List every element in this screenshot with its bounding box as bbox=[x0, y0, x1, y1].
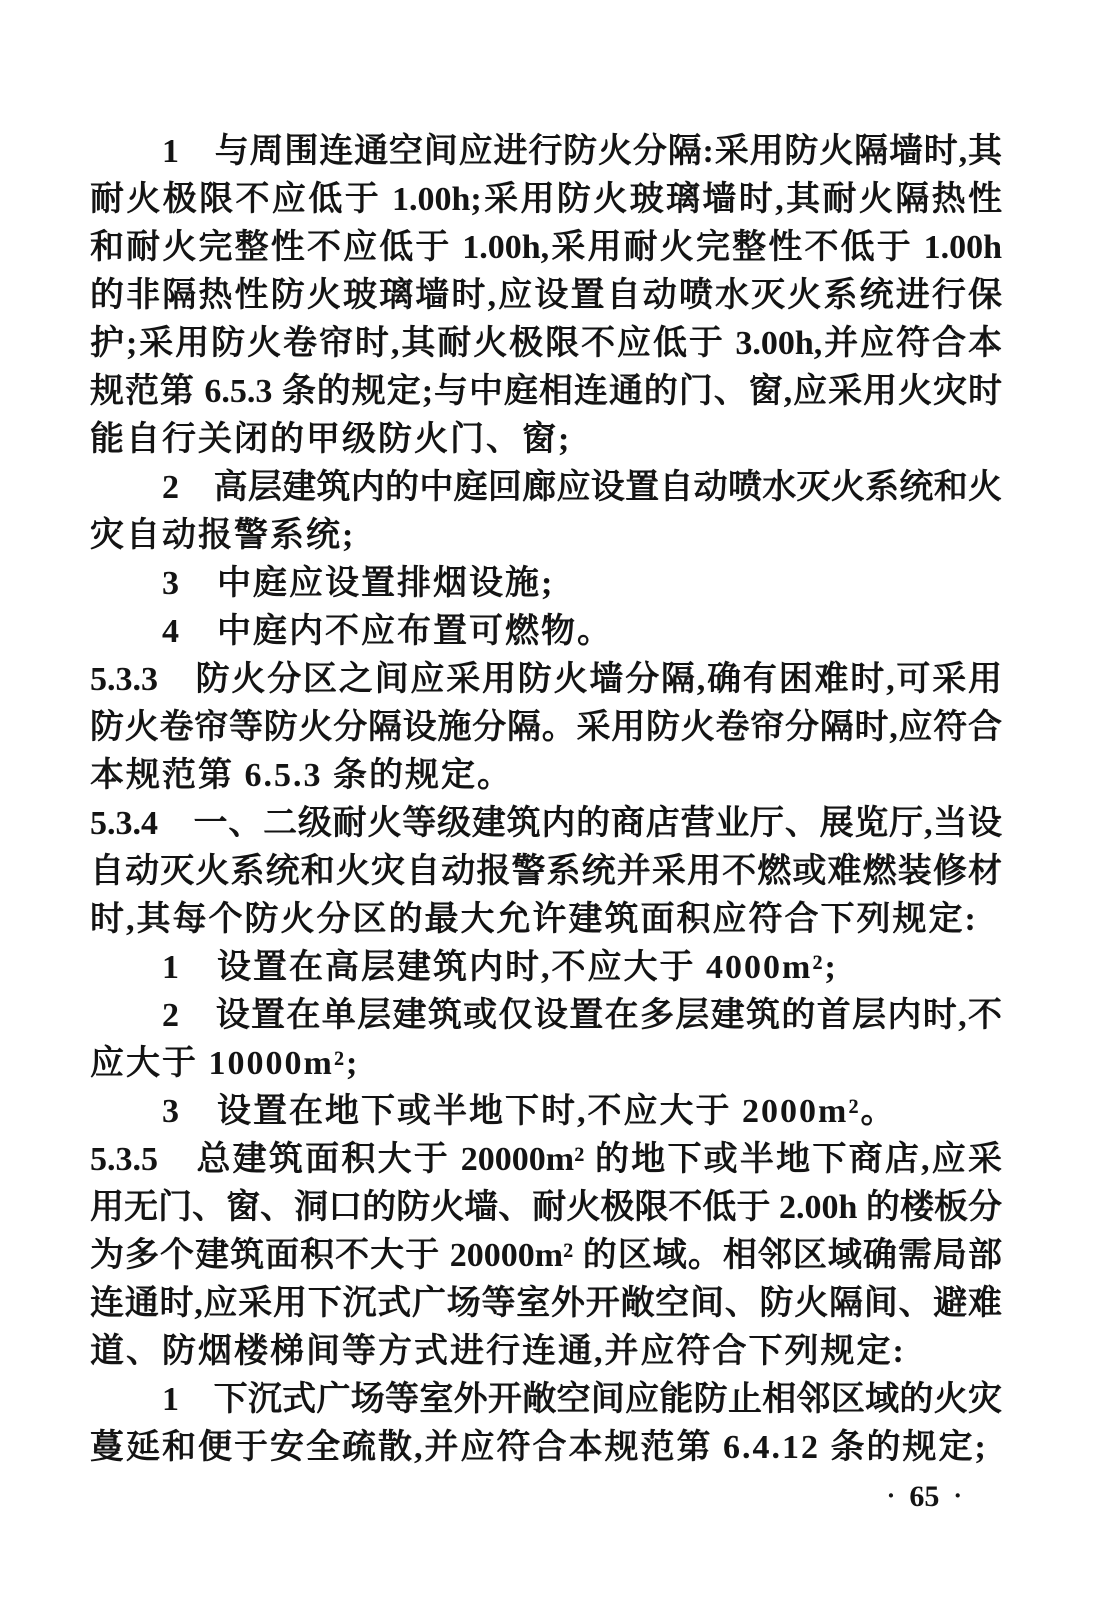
text-line: 连通时,应采用下沉式广场等室外开敞空间、防火隔间、避难走 bbox=[90, 1280, 1002, 1328]
page-footer: ·65· bbox=[873, 1478, 976, 1515]
text-line: 5.3.5 总建筑面积大于 20000m² 的地下或半地下商店,应采 bbox=[90, 1136, 1002, 1184]
text-line: 能自行关闭的甲级防火门、窗; bbox=[90, 416, 1002, 464]
text-line: 1 设置在高层建筑内时,不应大于 4000m²; bbox=[90, 944, 1002, 992]
text-line: 耐火极限不应低于 1.00h;采用防火玻璃墙时,其耐火隔热性 bbox=[90, 176, 1002, 224]
text-line: 3 中庭应设置排烟设施; bbox=[90, 560, 1002, 608]
text-line: 防火卷帘等防火分隔设施分隔。采用防火卷帘分隔时,应符合 bbox=[90, 704, 1002, 752]
text-line: 自动灭火系统和火灾自动报警系统并采用不燃或难燃装修材料 bbox=[90, 848, 1002, 896]
text-line: 用无门、窗、洞口的防火墙、耐火极限不低于 2.00h 的楼板分隔 bbox=[90, 1184, 1002, 1232]
text-line: 1 与周围连通空间应进行防火分隔:采用防火隔墙时,其 bbox=[90, 128, 1002, 176]
text-line: 3 设置在地下或半地下时,不应大于 2000m²。 bbox=[90, 1088, 1002, 1136]
text-line: 道、防烟楼梯间等方式进行连通,并应符合下列规定: bbox=[90, 1328, 1002, 1376]
page-number: 65 bbox=[909, 1480, 939, 1513]
document-page: { "document": { "language": "zh-CN", "ki… bbox=[0, 0, 1094, 1600]
text-line: 和耐火完整性不应低于 1.00h,采用耐火完整性不低于 1.00h bbox=[90, 224, 1002, 272]
footer-left-dot: · bbox=[873, 1481, 910, 1510]
text-line: 灾自动报警系统; bbox=[90, 512, 1002, 560]
text-line: 本规范第 6.5.3 条的规定。 bbox=[90, 752, 1002, 800]
text-line: 5.3.3 防火分区之间应采用防火墙分隔,确有困难时,可采用 bbox=[90, 656, 1002, 704]
page: 1 与周围连通空间应进行防火分隔:采用防火隔墙时,其耐火极限不应低于 1.00h… bbox=[0, 0, 1094, 1600]
text-line: 蔓延和便于安全疏散,并应符合本规范第 6.4.12 条的规定; bbox=[90, 1424, 1002, 1472]
footer-right-dot: · bbox=[939, 1481, 976, 1510]
text-line: 2 高层建筑内的中庭回廊应设置自动喷水灭火系统和火 bbox=[90, 464, 1002, 512]
text-line: 的非隔热性防火玻璃墙时,应设置自动喷水灭火系统进行保 bbox=[90, 272, 1002, 320]
text-line: 时,其每个防火分区的最大允许建筑面积应符合下列规定: bbox=[90, 896, 1002, 944]
text-line: 5.3.4 一、二级耐火等级建筑内的商店营业厅、展览厅,当设置 bbox=[90, 800, 1002, 848]
page-text: 1 与周围连通空间应进行防火分隔:采用防火隔墙时,其耐火极限不应低于 1.00h… bbox=[90, 128, 1002, 1472]
text-line: 为多个建筑面积不大于 20000m² 的区域。相邻区域确需局部 bbox=[90, 1232, 1002, 1280]
text-line: 护;采用防火卷帘时,其耐火极限不应低于 3.00h,并应符合本 bbox=[90, 320, 1002, 368]
text-line: 应大于 10000m²; bbox=[90, 1040, 1002, 1088]
text-line: 2 设置在单层建筑或仅设置在多层建筑的首层内时,不 bbox=[90, 992, 1002, 1040]
text-line: 1 下沉式广场等室外开敞空间应能防止相邻区域的火灾 bbox=[90, 1376, 1002, 1424]
text-line: 规范第 6.5.3 条的规定;与中庭相连通的门、窗,应采用火灾时 bbox=[90, 368, 1002, 416]
text-line: 4 中庭内不应布置可燃物。 bbox=[90, 608, 1002, 656]
